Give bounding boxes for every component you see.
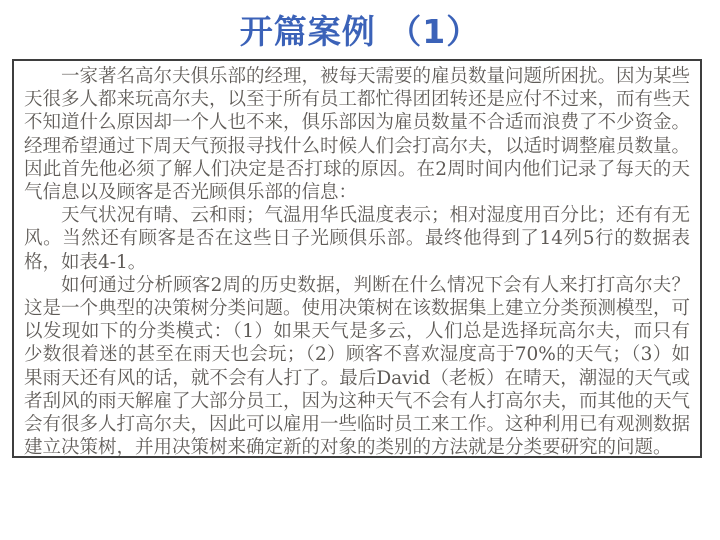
case-text-box: 一家著名高尔夫俱乐部的经理，被每天需要的雇员数量问题所困扰。因为某些天很多人都来… [12, 59, 702, 458]
slide-title: 开篇案例 （1） [0, 6, 720, 53]
paragraph-decision-tree-analysis: 如何通过分析顾客2周的历史数据，判断在什么情况下会有人来打打高尔夫？这是一个典型… [24, 274, 690, 458]
paragraph-weather-data: 天气状况有晴、云和雨；气温用华氏温度表示；相对湿度用百分比；还有有无风。当然还有… [24, 204, 690, 274]
slide: 开篇案例 （1） 一家著名高尔夫俱乐部的经理，被每天需要的雇员数量问题所困扰。因… [0, 0, 720, 540]
paragraph-golf-club-problem: 一家著名高尔夫俱乐部的经理，被每天需要的雇员数量问题所困扰。因为某些天很多人都来… [24, 65, 690, 204]
